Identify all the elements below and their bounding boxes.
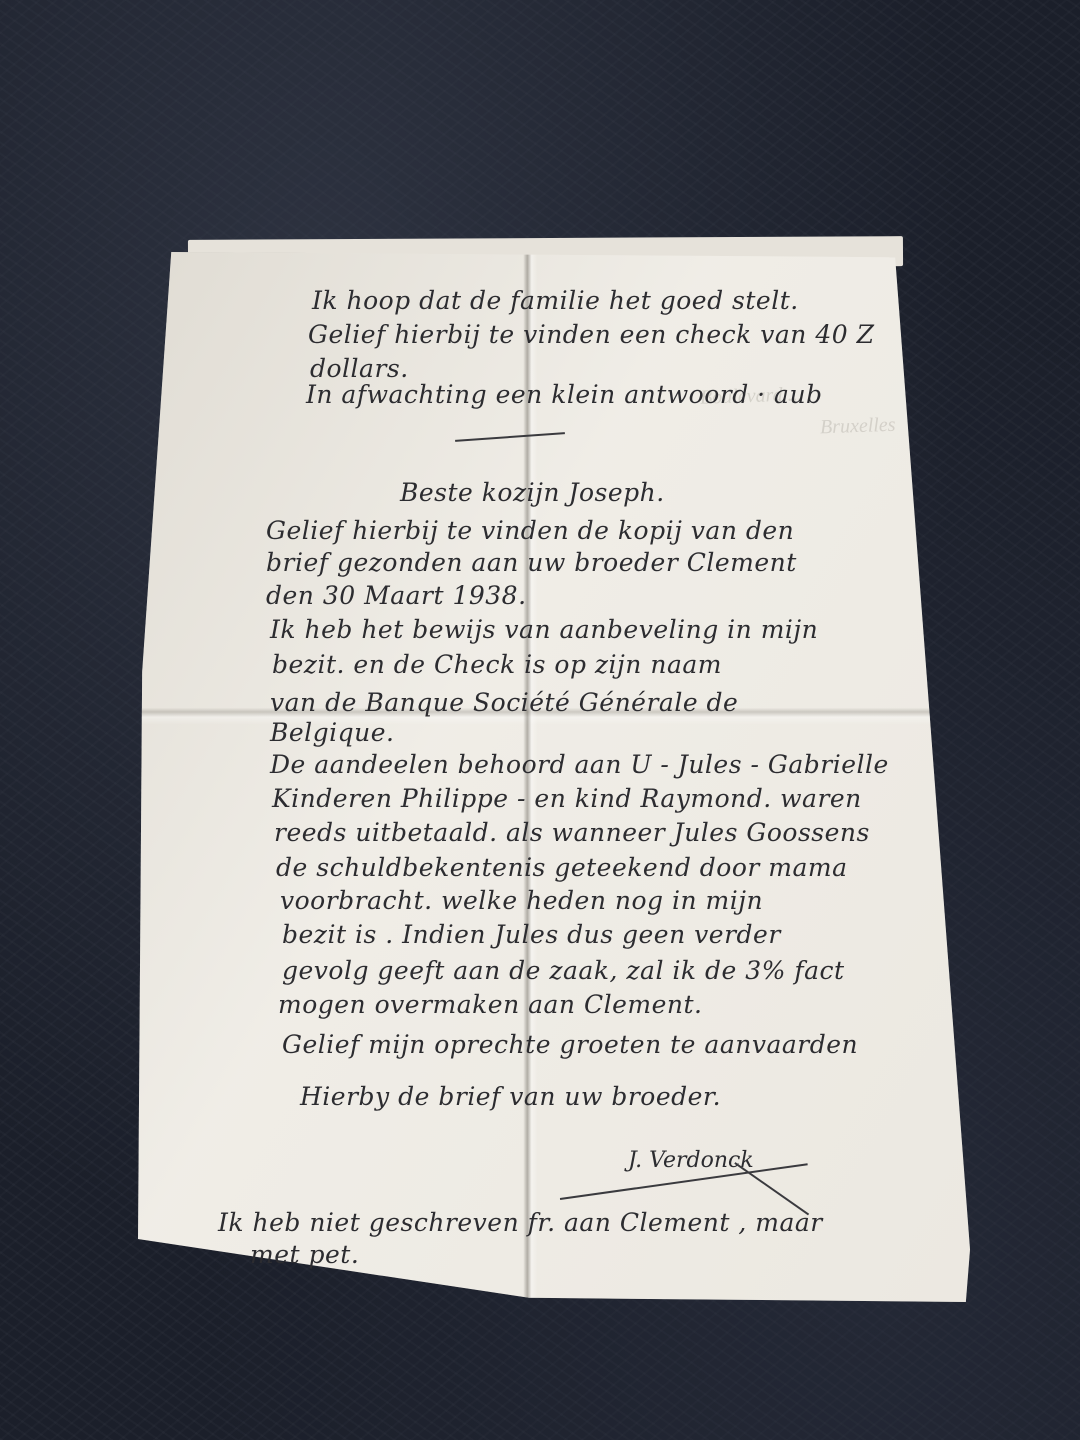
body-line-9: Kinderen Philippe - en kind Raymond. war… xyxy=(272,786,862,811)
ghost-letterhead-line-2: Bruxelles xyxy=(820,414,896,440)
postscript-bottom-line-2: met pet. xyxy=(250,1242,359,1267)
body-line-14: gevolg geeft aan de zaak, zal ik de 3% f… xyxy=(282,958,845,983)
body-line-4: Ik heb het bewijs van aanbeveling in mij… xyxy=(270,617,818,642)
body-line-15: mogen overmaken aan Clement. xyxy=(278,992,703,1017)
signature: J. Verdonck xyxy=(628,1148,754,1173)
postscript-top-line-4: In afwachting een klein antwoord · aub xyxy=(306,382,823,407)
body-line-2: brief gezonden aan uw broeder Clement xyxy=(266,550,797,575)
body-line-13: bezit is . Indien Jules dus geen verder xyxy=(282,922,781,947)
body-line-12: voorbracht. welke heden nog in mijn xyxy=(280,888,763,913)
postscript-top-line-1: Ik hoop dat de familie het goed stelt. xyxy=(312,288,799,313)
closing-line: Gelief mijn oprechte groeten te aanvaard… xyxy=(282,1032,858,1057)
salutation: Beste kozijn Joseph. xyxy=(400,480,665,505)
postscript-top-line-2: Gelief hierbij te vinden een check van 4… xyxy=(308,322,874,347)
body-line-8: De aandeelen behoord aan U - Jules - Gab… xyxy=(270,752,889,777)
body-line-10: reeds uitbetaald. als wanneer Jules Goos… xyxy=(274,820,870,845)
enclosure-line: Hierby de brief van uw broeder. xyxy=(300,1084,721,1109)
body-line-7: Belgique. xyxy=(270,720,395,745)
body-line-11: de schuldbekentenis geteekend door mama xyxy=(276,855,848,880)
body-line-1: Gelief hierbij te vinden de kopij van de… xyxy=(266,518,794,543)
body-line-3: den 30 Maart 1938. xyxy=(266,583,527,608)
body-line-5: bezit. en de Check is op zijn naam xyxy=(272,652,722,677)
postscript-bottom-line-1: Ik heb niet geschreven fr. aan Clement ,… xyxy=(218,1210,823,1235)
postscript-top-line-3: dollars. xyxy=(310,356,409,381)
body-line-6: van de Banque Société Générale de xyxy=(270,690,738,715)
